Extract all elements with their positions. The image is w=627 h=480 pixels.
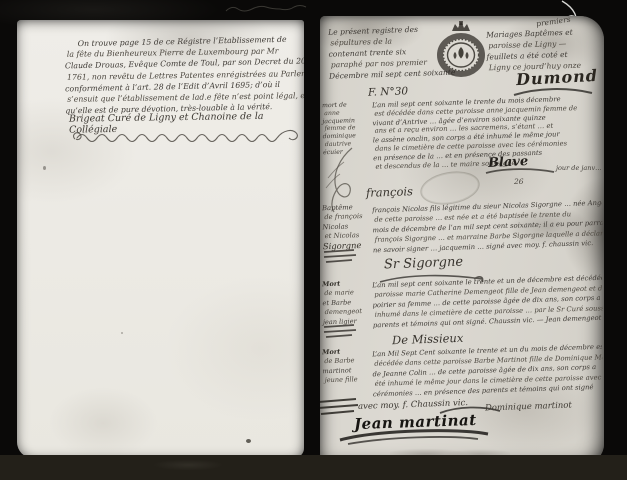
- section-heading: Sr Sigorgne: [384, 255, 464, 273]
- record-body: françois Nicolas fils légitime du sieur …: [372, 199, 603, 254]
- page-number: 26: [514, 177, 524, 186]
- left-page: On trouve page 15 de ce Régistre l’Etabl…: [17, 20, 304, 458]
- record-margin-note: Mortde marieet Barbedemengeotjean ligier: [322, 279, 373, 327]
- triple-stroke-flourish-icon: [322, 324, 360, 339]
- ink-speck: [43, 166, 46, 170]
- section-heading: françois: [366, 184, 413, 200]
- record-margin-note: Baptêmede françoisNicolaset NicolasSigor…: [322, 203, 373, 251]
- ink-speck: [246, 439, 251, 443]
- wavy-rule-flourish-icon: [61, 124, 304, 150]
- witness-signature: Dominique martinot: [485, 400, 572, 413]
- right-page: Le présent registre dessépultures de lac…: [320, 16, 604, 464]
- ink-speck: [121, 332, 123, 334]
- triple-stroke-flourish-icon: [322, 249, 360, 264]
- royal-stamp-icon: [430, 18, 492, 80]
- record-margin-note: Mortde Barbemartinotjeune fille: [322, 347, 373, 386]
- header-inscription-right: Mariages Baptêmes etparoisse de Ligny —f…: [486, 27, 579, 73]
- signature-underline-flourish-icon: [484, 166, 556, 176]
- register-note: On trouve page 15 de ce Régistre l’Etabl…: [65, 35, 298, 115]
- scan-bottom-shadow: [0, 455, 627, 480]
- handwritten-line: jeune fille: [325, 375, 375, 386]
- section-heading: De Missieux: [392, 331, 464, 347]
- triple-stroke-flourish-icon: [320, 398, 362, 416]
- folio-number: F. N°30: [368, 85, 409, 98]
- scanned-register-page: On trouve page 15 de ce Régistre l’Etabl…: [0, 0, 627, 480]
- signature-suffix: jour de janv…: [556, 164, 602, 172]
- signature-underline-flourish-icon: [338, 426, 502, 446]
- record-body: L’an Mil Sept Cent soixante le trente et…: [372, 343, 603, 398]
- scribble-mark-icon: [222, 2, 314, 18]
- record-body: L’an mil sept cent soixante le trente et…: [372, 274, 603, 329]
